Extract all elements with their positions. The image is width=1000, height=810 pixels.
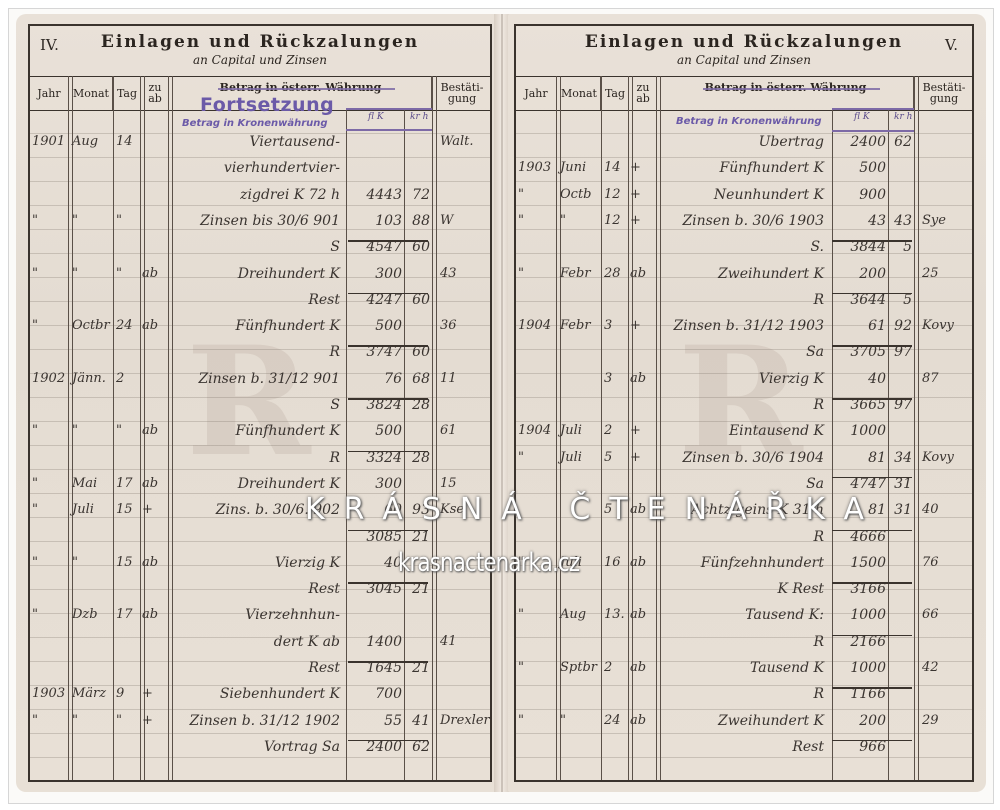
page-header: IV. Einlagen und Rückzalungen an Capital…	[30, 26, 490, 77]
sum-rule	[832, 477, 912, 479]
cell-jahr: 1903	[32, 686, 65, 701]
cell-confirmation: 42	[922, 660, 939, 675]
cell-amount-kronen: 40	[348, 555, 402, 571]
sum-rule	[832, 240, 912, 242]
cell-monat: Febr	[560, 266, 591, 281]
cell-tag: 24	[604, 713, 621, 728]
cell-jahr: "	[32, 213, 38, 228]
cell-amount-kronen: 200	[832, 266, 886, 282]
sum-rule	[832, 582, 912, 584]
cell-monat: Juli	[72, 502, 94, 517]
cell-jahr: "	[518, 213, 524, 228]
cell-text: zigdrei K 72 h	[176, 187, 340, 203]
stamp-rule	[832, 108, 914, 110]
stamp-rule	[346, 108, 432, 110]
sum-rule	[832, 530, 912, 532]
stamp-rule	[832, 130, 914, 132]
cell-text: Vierzig K	[664, 371, 824, 387]
cell-tag: 15	[116, 555, 133, 570]
cell-monat: Sptbr	[560, 660, 597, 675]
col-monat: Monat	[70, 76, 113, 110]
cell-zu-ab: +	[630, 450, 641, 465]
sum-rule	[832, 293, 912, 295]
cell-amount-kronen: 40	[832, 371, 886, 387]
cell-tag: "	[116, 213, 122, 228]
cell-text: Vortrag Sa	[176, 739, 340, 755]
sum-rule	[348, 398, 428, 400]
cell-jahr: "	[32, 607, 38, 622]
page-subtitle: an Capital und Zinsen	[30, 53, 490, 67]
page-subtitle: an Capital und Zinsen	[516, 53, 972, 67]
cell-tag: 2	[604, 660, 612, 675]
cell-monat: Octbr	[72, 318, 110, 333]
column-divider	[832, 110, 833, 780]
cell-text: Fünfhundert K	[664, 160, 824, 176]
cell-zu-ab: +	[142, 502, 153, 517]
column-divider	[346, 110, 347, 780]
cell-amount-kronen: 4443	[348, 187, 402, 203]
cell-monat: "	[72, 713, 78, 728]
cell-zu-ab: +	[630, 160, 641, 175]
cell-text: Neunhundert K	[664, 187, 824, 203]
column-divider	[888, 110, 889, 780]
cell-zu-ab: ab	[630, 371, 646, 386]
cell-text: Dreihundert K	[176, 266, 340, 282]
page-title: Einlagen und Rückzalungen	[516, 32, 972, 52]
cell-jahr: "	[32, 502, 38, 517]
cell-amount-kronen: 81	[832, 450, 886, 466]
cell-text: S	[176, 239, 340, 255]
cell-tag: 3	[604, 318, 612, 333]
cell-text: Zinsen b. 30/6 1904	[664, 450, 824, 466]
cell-text: Fünfhundert K	[176, 423, 340, 439]
cell-amount-kronen: 200	[832, 713, 886, 729]
watermark-title: KRÁSNÁ ČTENÁŘKA	[305, 492, 883, 527]
cell-confirmation: 66	[922, 607, 939, 622]
cell-text: R	[664, 529, 824, 545]
sum-rule	[348, 582, 428, 584]
col-zu-ab: zu ab	[630, 76, 657, 110]
col-monat: Monat	[558, 76, 601, 110]
cell-amount-kronen: 1000	[832, 607, 886, 623]
col-jahr: Jahr	[30, 76, 69, 110]
cell-jahr: "	[32, 713, 38, 728]
currency-stamp: Betrag in Kronenwährung	[676, 116, 822, 127]
cell-monat: Dzb	[72, 607, 98, 622]
cell-jahr: 1904	[518, 318, 551, 333]
cell-text: Tausend K	[664, 660, 824, 676]
page-title: Einlagen und Rückzalungen	[30, 32, 490, 52]
cell-text: Zinsen b. 31/12 901	[176, 371, 340, 387]
cell-tag: "	[116, 266, 122, 281]
cell-tag: 14	[116, 134, 133, 149]
col-tag: Tag	[114, 76, 141, 110]
cell-tag: 2	[116, 371, 124, 386]
cell-jahr: "	[32, 266, 38, 281]
sum-rule	[832, 635, 912, 637]
cell-amount-heller: 43	[888, 213, 912, 229]
cell-confirmation: W	[440, 213, 453, 228]
cell-confirmation: 61	[440, 423, 457, 438]
cell-tag: 12	[604, 187, 621, 202]
column-divider	[432, 76, 437, 780]
sum-rule	[348, 530, 428, 532]
ruled-lines	[30, 110, 490, 780]
cell-jahr: 1901	[32, 134, 65, 149]
cell-text: Viertausend-	[176, 134, 340, 150]
cell-tag: 17	[116, 476, 133, 491]
column-divider	[601, 76, 602, 780]
cell-monat: "	[560, 713, 566, 728]
cell-text: Zinsen b. 31/12 1903	[664, 318, 824, 334]
cell-tag: 14	[604, 160, 621, 175]
cell-confirmation: 76	[922, 555, 939, 570]
cell-text: Zinsen b. 31/12 1902	[176, 713, 340, 729]
sum-rule	[832, 345, 912, 347]
cell-amount-heller: 41	[406, 713, 430, 729]
cell-text: Sa	[664, 344, 824, 360]
cell-zu-ab: +	[142, 713, 153, 728]
cell-tag: 5	[604, 450, 612, 465]
cell-text: vierhundertvier-	[176, 160, 340, 176]
cell-confirmation: 41	[440, 634, 457, 649]
cell-zu-ab: ab	[142, 423, 158, 438]
sum-rule	[832, 398, 912, 400]
cell-text: Zinsen b. 30/6 1903	[664, 213, 824, 229]
cell-tag: 28	[604, 266, 621, 281]
cell-tag: 2	[604, 423, 612, 438]
cell-amount-kronen: 103	[348, 213, 402, 229]
column-divider	[914, 76, 919, 780]
cell-amount-kronen: 300	[348, 266, 402, 282]
cell-text: Vierzehnhun-	[176, 607, 340, 623]
col-betrag: Betrag in österr. Währung	[658, 76, 914, 110]
cell-text: R	[664, 634, 824, 650]
ledger-page-left: R IV. Einlagen und Rückzalungen an Capit…	[16, 14, 496, 792]
page-header: V. Einlagen und Rückzalungen an Capital …	[516, 26, 972, 77]
cell-confirmation: 15	[440, 476, 457, 491]
cell-confirmation: 11	[440, 371, 457, 386]
cell-monat: Aug	[560, 607, 586, 622]
sum-rule	[348, 451, 428, 453]
cell-amount-kronen: 1000	[832, 423, 886, 439]
cell-confirmation: 43	[440, 266, 457, 281]
cell-jahr: "	[32, 318, 38, 333]
cell-monat: Febr	[560, 318, 591, 333]
sum-rule	[832, 740, 912, 742]
cell-tag: 13.	[604, 607, 625, 622]
cell-text: K Rest	[664, 581, 824, 597]
cell-monat: Mai	[72, 476, 97, 491]
cell-amount-heller: 62	[888, 134, 912, 150]
cell-tag: 15	[116, 502, 133, 517]
cell-amount-kronen: 700	[348, 686, 402, 702]
cell-amount-kronen: 76	[348, 371, 402, 387]
ruled-lines	[516, 110, 972, 780]
sum-rule	[348, 740, 428, 742]
cell-tag: 16	[604, 555, 621, 570]
cell-zu-ab: ab	[142, 476, 158, 491]
cell-zu-ab: +	[630, 187, 641, 202]
cell-amount-kronen: 500	[348, 423, 402, 439]
cell-confirmation: Kovy	[922, 450, 954, 465]
cell-text: R	[664, 397, 824, 413]
column-divider	[168, 76, 173, 780]
cell-jahr: 1902	[32, 371, 65, 386]
cell-jahr: "	[518, 660, 524, 675]
cell-text: Rest	[176, 581, 340, 597]
cell-zu-ab: ab	[142, 555, 158, 570]
cell-text: R	[176, 450, 340, 466]
sum-rule	[348, 661, 428, 663]
cell-tag: 17	[116, 607, 133, 622]
col-bestatigung: Bestäti- gung	[916, 76, 972, 110]
cell-text: S.	[664, 239, 824, 255]
page-number: IV.	[40, 36, 59, 54]
col-jahr: Jahr	[516, 76, 557, 110]
cell-monat: "	[72, 266, 78, 281]
cell-amount-kronen: 300	[348, 476, 402, 492]
cell-confirmation: Drexler	[440, 713, 490, 728]
unit-major-label: fl K	[368, 112, 384, 122]
cell-text: R	[664, 292, 824, 308]
cell-zu-ab: ab	[142, 318, 158, 333]
cell-amount-heller: 92	[888, 318, 912, 334]
cell-zu-ab: +	[142, 686, 153, 701]
cell-text: Fünfhundert K	[176, 318, 340, 334]
cell-zu-ab: ab	[630, 713, 646, 728]
cell-text: Zinsen bis 30/6 901	[176, 213, 340, 229]
cell-tag: "	[116, 423, 122, 438]
unit-major-label: fl K	[854, 112, 870, 122]
sum-rule	[348, 293, 428, 295]
stamp-rule	[346, 129, 432, 131]
cell-monat: Juli	[560, 450, 582, 465]
continuation-stamp: Fortsetzung	[200, 94, 334, 116]
cell-text: Zweihundert K	[664, 266, 824, 282]
cell-jahr: "	[518, 266, 524, 281]
cell-amount-kronen: 61	[832, 318, 886, 334]
cell-text: Zweihundert K	[664, 713, 824, 729]
cell-text: Rest	[176, 660, 340, 676]
cell-zu-ab: ab	[142, 266, 158, 281]
cell-jahr: "	[32, 476, 38, 491]
cell-amount-kronen: 500	[348, 318, 402, 334]
col-tag: Tag	[602, 76, 629, 110]
cell-confirmation: 87	[922, 371, 939, 386]
sum-rule	[348, 240, 428, 242]
cell-text: dert K ab	[176, 634, 340, 650]
cell-amount-heller: 68	[406, 371, 430, 387]
ledger-table-right: V. Einlagen und Rückzalungen an Capital …	[514, 24, 974, 782]
cell-zu-ab: ab	[630, 555, 646, 570]
cell-amount-kronen: 1000	[832, 660, 886, 676]
cell-zu-ab: ab	[142, 607, 158, 622]
cell-monat: "	[72, 213, 78, 228]
cell-amount-kronen: 2400	[832, 134, 886, 150]
cell-text: Ubertrag	[664, 134, 824, 150]
ledger-page-right: R V. Einlagen und Rückzalungen an Capita…	[508, 14, 986, 792]
cell-zu-ab: +	[630, 423, 641, 438]
cell-text: R	[176, 344, 340, 360]
cell-monat: "	[72, 423, 78, 438]
cell-monat: März	[72, 686, 106, 701]
sum-rule	[832, 687, 912, 689]
column-headers: Jahr Monat Tag zu ab Betrag in österr. W…	[516, 76, 972, 111]
cell-text: S	[176, 397, 340, 413]
cell-jahr: "	[32, 555, 38, 570]
cell-text: Dreihundert K	[176, 476, 340, 492]
cell-amount-kronen: 1400	[348, 634, 402, 650]
cell-monat: Octb	[560, 187, 591, 202]
cell-jahr: "	[518, 713, 524, 728]
unit-minor-label: kr h	[410, 112, 428, 122]
currency-stamp: Betrag in Kronenwährung	[182, 118, 328, 129]
cell-tag: 24	[116, 318, 133, 333]
cell-text: Tausend K:	[664, 607, 824, 623]
cell-zu-ab: ab	[630, 607, 646, 622]
cell-amount-kronen: 500	[832, 160, 886, 176]
cell-monat: "	[72, 555, 78, 570]
column-divider	[404, 110, 405, 780]
cell-tag: 9	[116, 686, 124, 701]
cell-monat: Aug	[72, 134, 98, 149]
cell-confirmation: Walt.	[440, 134, 474, 149]
cell-jahr: "	[518, 187, 524, 202]
cell-text: Rest	[664, 739, 824, 755]
column-divider	[113, 76, 114, 780]
unit-minor-label: kr h	[894, 112, 912, 122]
cell-zu-ab: +	[630, 213, 641, 228]
page-number: V.	[945, 36, 958, 54]
cell-confirmation: 40	[922, 502, 939, 517]
cell-jahr: "	[32, 423, 38, 438]
cell-zu-ab: +	[630, 318, 641, 333]
cell-confirmation: 36	[440, 318, 457, 333]
cell-monat: Jänn.	[72, 371, 106, 386]
cell-confirmation: Kovy	[922, 318, 954, 333]
cell-text: Eintausend K	[664, 423, 824, 439]
cell-zu-ab: ab	[630, 266, 646, 281]
cell-text: Vierzig K	[176, 555, 340, 571]
cell-zu-ab: ab	[630, 660, 646, 675]
cell-confirmation: 25	[922, 266, 939, 281]
ledger-table-left: IV. Einlagen und Rückzalungen an Capital…	[28, 24, 492, 782]
cell-jahr: "	[518, 450, 524, 465]
cell-amount-kronen: 1500	[832, 555, 886, 571]
cell-text: R	[664, 686, 824, 702]
cell-amount-kronen: 900	[832, 187, 886, 203]
cell-jahr: 1903	[518, 160, 551, 175]
cell-monat: "	[560, 213, 566, 228]
cell-text: Siebenhundert K	[176, 686, 340, 702]
cell-jahr: "	[518, 607, 524, 622]
cell-confirmation: 29	[922, 713, 939, 728]
cell-text: Fünfzehnhundert	[664, 555, 824, 571]
cell-amount-heller: 34	[888, 450, 912, 466]
cell-amount-heller: 72	[406, 187, 430, 203]
cell-jahr: 1904	[518, 423, 551, 438]
cell-monat: Juli	[560, 423, 582, 438]
cell-amount-kronen: 55	[348, 713, 402, 729]
watermark-url[interactable]: krasnactenarka.cz	[398, 548, 579, 578]
column-divider	[656, 76, 661, 780]
cell-tag: "	[116, 713, 122, 728]
sum-rule	[348, 345, 428, 347]
col-zu-ab: zu ab	[142, 76, 169, 110]
col-bestatigung: Bestäti- gung	[434, 76, 490, 110]
cell-amount-kronen: 43	[832, 213, 886, 229]
cell-tag: 3	[604, 371, 612, 386]
cell-amount-heller: 88	[406, 213, 430, 229]
cell-tag: 12	[604, 213, 621, 228]
cell-text: Sa	[664, 476, 824, 492]
cell-amount-heller: 31	[888, 502, 912, 518]
cell-text: Rest	[176, 292, 340, 308]
cell-monat: Juni	[560, 160, 586, 175]
cell-confirmation: Sye	[922, 213, 946, 228]
